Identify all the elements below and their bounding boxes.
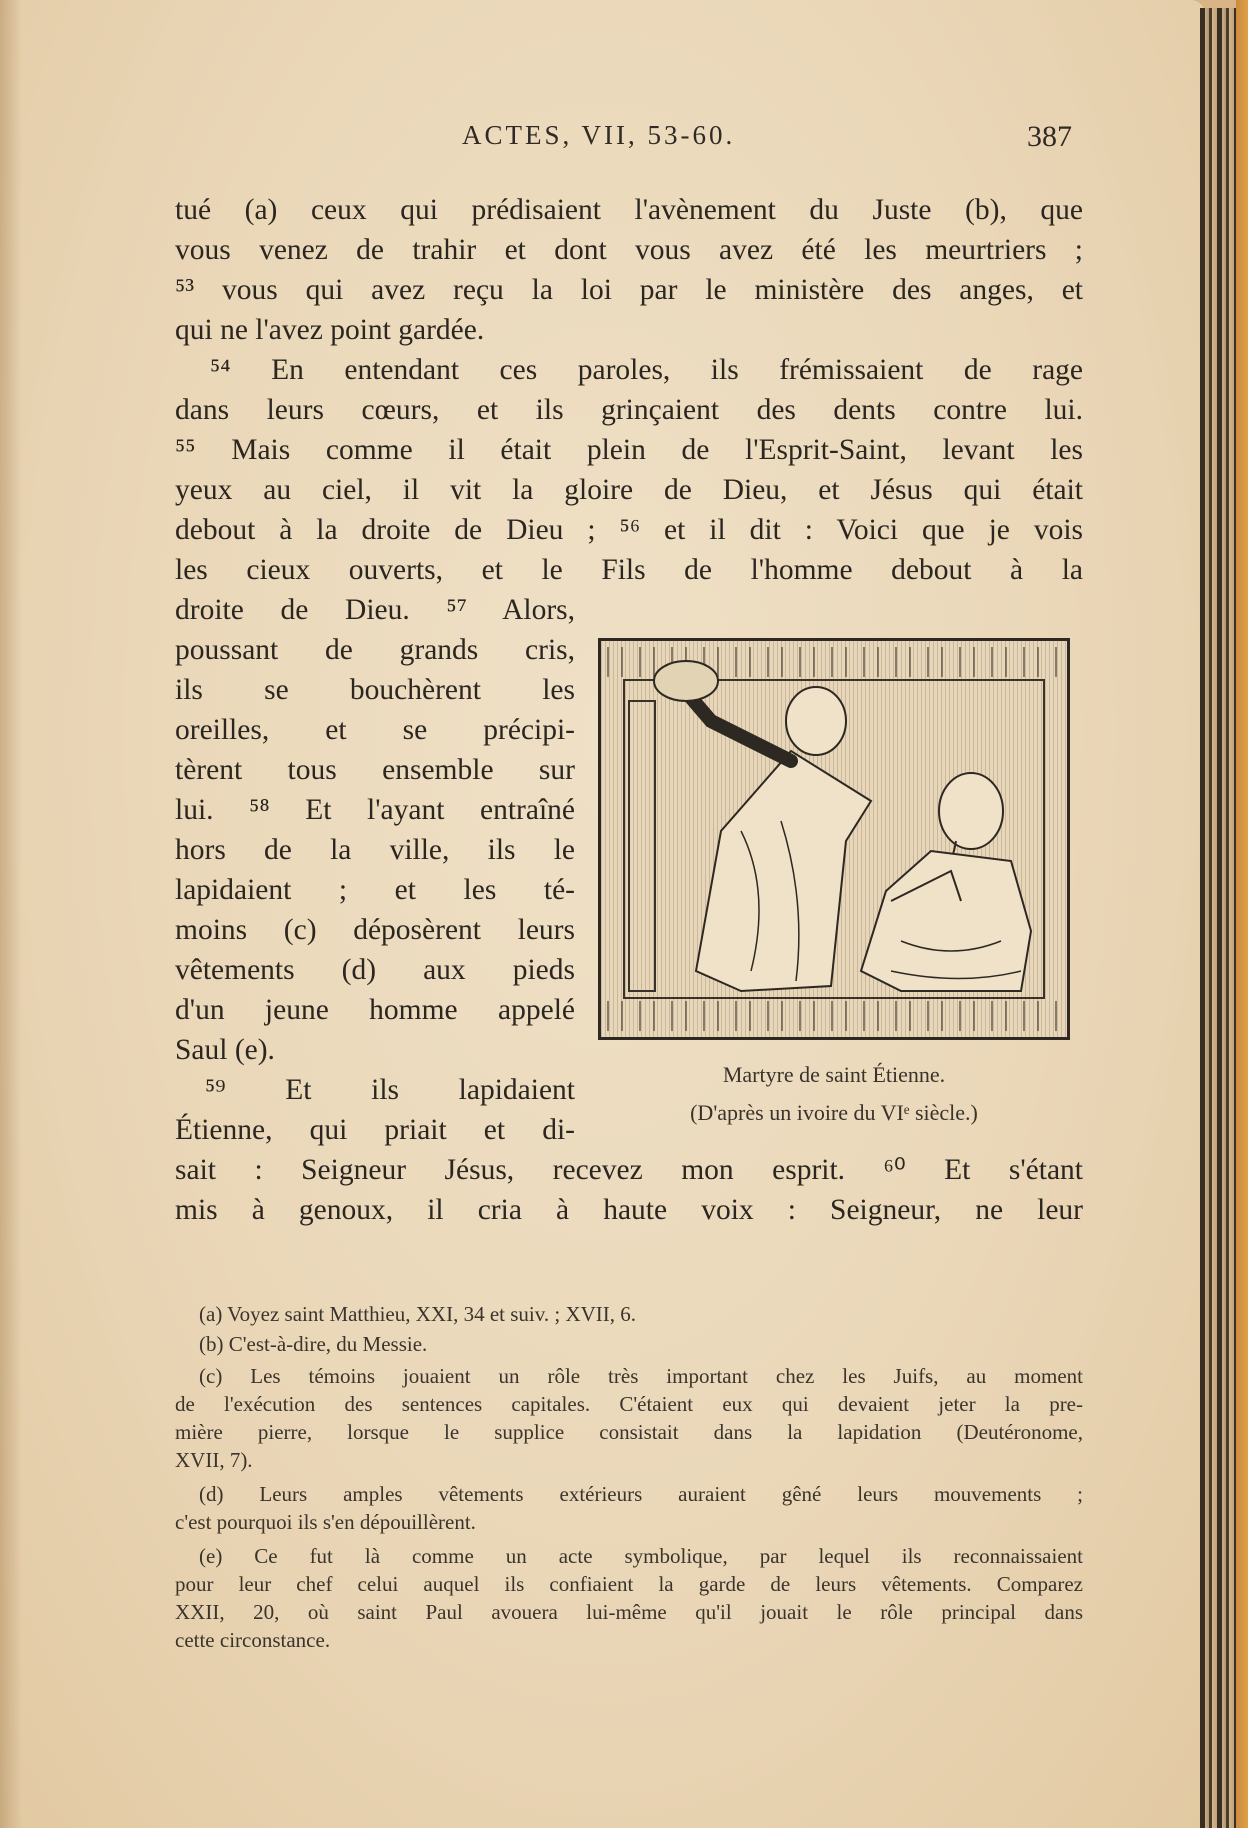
footnote-d-cont: c'est pourquoi ils s'en dépouillèrent.	[175, 1508, 476, 1536]
text-line: vêtements (d) aux pieds	[175, 950, 575, 990]
footnote-e-cont: XXII, 20, où saint Paul avouera lui-même…	[175, 1598, 1083, 1626]
text-line: poussant de grands cris,	[175, 630, 575, 670]
text-line: moins (c) déposèrent leurs	[175, 910, 575, 950]
spine-shadow	[0, 0, 22, 1828]
text-line: ⁵⁴ En entendant ces paroles, ils frémiss…	[210, 350, 1083, 390]
text-line: lapidaient ; et les té-	[175, 870, 575, 910]
page-number: 387	[1027, 120, 1072, 154]
text-line: les cieux ouverts, et le Fils de l'homme…	[175, 550, 1083, 590]
footnote-c: (c) Les témoins jouaient un rôle très im…	[199, 1362, 1083, 1390]
footnote-b: (b) C'est-à-dire, du Messie.	[199, 1330, 1083, 1358]
text-line: ⁵³ vous qui avez reçu la loi par le mini…	[175, 270, 1083, 310]
text-line: oreilles, et se précipi-	[175, 710, 575, 750]
text-line: ⁵⁵ Mais comme il était plein de l'Esprit…	[175, 430, 1083, 470]
text-line: mis à genoux, il cria à haute voix : Sei…	[175, 1190, 1083, 1230]
text-line: d'un jeune homme appelé	[175, 990, 575, 1030]
text-line: vous venez de trahir et dont vous avez é…	[175, 230, 1083, 270]
text-line: yeux au ciel, il vit la gloire de Dieu, …	[175, 470, 1083, 510]
text-line: sait : Seigneur Jésus, recevez mon espri…	[175, 1150, 1083, 1190]
footnote-e: (e) Ce fut là comme un acte symbolique, …	[199, 1542, 1083, 1570]
text-line: ils se bouchèrent les	[175, 670, 575, 710]
footnote-e-cont: cette circonstance.	[175, 1626, 330, 1654]
footnote-c-cont: mière pierre, lorsque le supplice consis…	[175, 1418, 1083, 1446]
footnote-e-cont: pour leur chef celui auquel ils confiaie…	[175, 1570, 1083, 1598]
page-header: ACTES, VII, 53-60. 387	[0, 120, 1205, 160]
text-line: droite de Dieu. ⁵⁷ Alors,	[175, 590, 575, 630]
footnote-d: (d) Leurs amples vêtements extérieurs au…	[199, 1480, 1083, 1508]
footnote-c-cont: XVII, 7).	[175, 1446, 253, 1474]
text-line: Saul (e).	[175, 1030, 275, 1070]
figure-caption-title: Martyre de saint Étienne.	[598, 1062, 1070, 1088]
illustration-martyrdom-engraving	[598, 638, 1070, 1040]
text-line: ⁵⁹ Et ils lapidaient	[205, 1070, 575, 1110]
running-title: ACTES, VII, 53-60.	[462, 120, 735, 151]
text-line: hors de la ville, ils le	[175, 830, 575, 870]
figure-caption-source: (D'après un ivoire du VIᵉ siècle.)	[598, 1100, 1070, 1126]
book-page: ACTES, VII, 53-60. 387 tué (a) ceux qui …	[0, 0, 1205, 1828]
footnote-c-cont: de l'exécution des sentences capitales. …	[175, 1390, 1083, 1418]
engraving-figures-icon	[601, 641, 1067, 1037]
text-line: tèrent tous ensemble sur	[175, 750, 575, 790]
text-line: debout à la droite de Dieu ; ⁵⁶ et il di…	[175, 510, 1083, 550]
text-line: qui ne l'avez point gardée.	[175, 310, 484, 350]
text-line: tué (a) ceux qui prédisaient l'avènement…	[175, 190, 1083, 230]
text-line: lui. ⁵⁸ Et l'ayant entraîné	[175, 790, 575, 830]
footnote-a: (a) Voyez saint Matthieu, XXI, 34 et sui…	[199, 1300, 1083, 1328]
book-cover-edge	[1236, 0, 1248, 1828]
text-line: dans leurs cœurs, et ils grinçaient des …	[175, 390, 1083, 430]
text-line: Étienne, qui priait et di-	[175, 1110, 575, 1150]
